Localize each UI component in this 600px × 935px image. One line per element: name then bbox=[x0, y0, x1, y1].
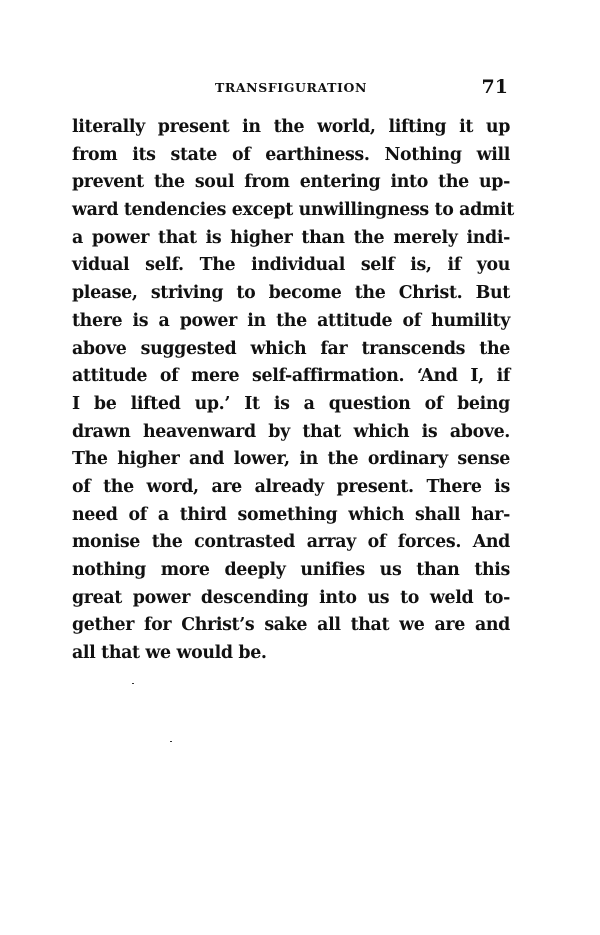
text-line: I be lifted up.’ It is a question of bei… bbox=[72, 391, 510, 419]
running-head: TRANSFIGURATION 71 bbox=[72, 78, 510, 98]
scan-speck bbox=[132, 683, 134, 684]
text-line: need of a third something which shall ha… bbox=[72, 502, 510, 530]
body-paragraph: literally present in the world, lifting … bbox=[72, 114, 510, 668]
text-line: please, striving to become the Christ. B… bbox=[72, 280, 510, 308]
page-number: 71 bbox=[482, 76, 508, 98]
text-line: drawn heavenward by that which is above. bbox=[72, 419, 510, 447]
text-line: ward tendencies except unwillingness to … bbox=[72, 197, 510, 225]
text-line: attitude of mere self-affirmation. ‘And … bbox=[72, 363, 510, 391]
text-line: a power that is higher than the merely i… bbox=[72, 225, 510, 253]
text-line: monise the contrasted array of forces. A… bbox=[72, 529, 510, 557]
text-line: vidual self. The individual self is, if … bbox=[72, 252, 510, 280]
running-title: TRANSFIGURATION bbox=[72, 80, 510, 95]
text-line: of the word, are already present. There … bbox=[72, 474, 510, 502]
text-line: above suggested which far transcends the bbox=[72, 336, 510, 364]
text-line: prevent the soul from entering into the … bbox=[72, 169, 510, 197]
text-line: literally present in the world, lifting … bbox=[72, 114, 510, 142]
text-line: nothing more deeply unifies us than this bbox=[72, 557, 510, 585]
text-line: great power descending into us to weld t… bbox=[72, 585, 510, 613]
text-line: The higher and lower, in the ordinary se… bbox=[72, 446, 510, 474]
text-line: gether for Christ’s sake all that we are… bbox=[72, 612, 510, 640]
book-page: TRANSFIGURATION 71 literally present in … bbox=[0, 0, 600, 935]
scan-speck bbox=[170, 741, 172, 742]
text-line: there is a power in the attitude of humi… bbox=[72, 308, 510, 336]
text-line: all that we would be. bbox=[72, 640, 510, 668]
text-line: from its state of earthiness. Nothing wi… bbox=[72, 142, 510, 170]
